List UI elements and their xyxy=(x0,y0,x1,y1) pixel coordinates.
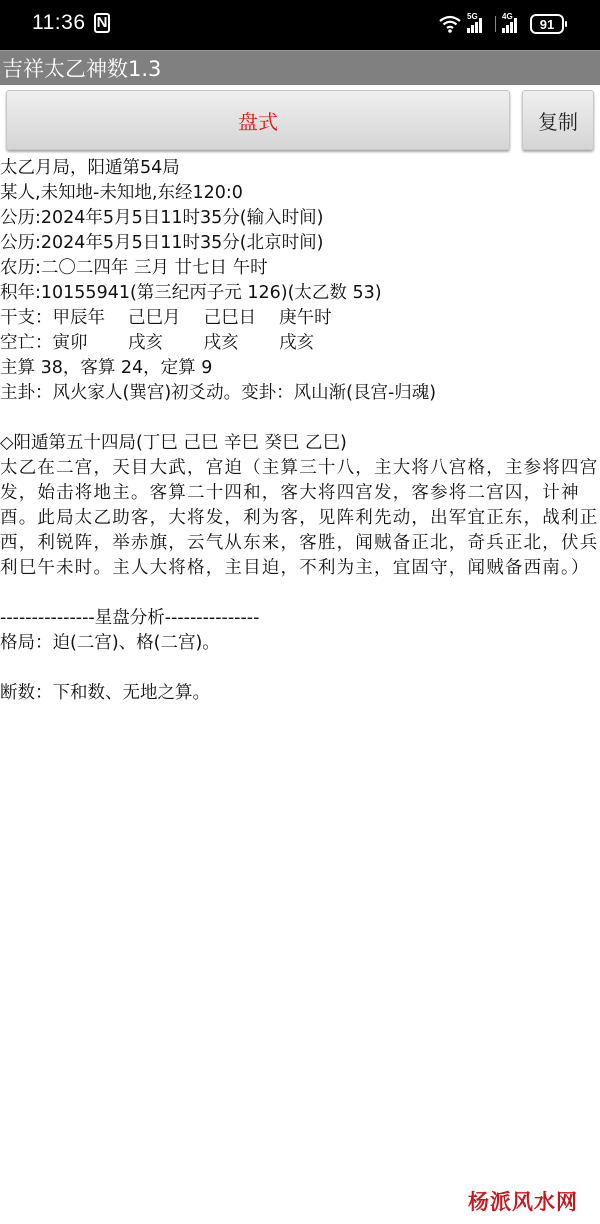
toolbar: 盘式 复制 xyxy=(0,85,600,157)
result-line: 空亡：寅卯 戌亥 戌亥 戌亥 xyxy=(0,331,600,356)
result-line: 积年:10155941(第三纪丙子元 126)(太乙数 53) xyxy=(0,281,600,306)
nfc-icon: N xyxy=(94,13,110,33)
geju-line: 格局：迫(二宫)、格(二宫)。 xyxy=(0,631,600,656)
battery-icon: 91 xyxy=(530,14,564,34)
result-text: 太乙月局，阳遁第54局 某人,未知地-未知地,东经120:0 公历:2024年5… xyxy=(0,156,600,706)
clock: 11:36 xyxy=(32,11,86,35)
copy-button[interactable]: 复制 xyxy=(522,90,594,150)
result-line: 太乙月局，阳遁第54局 xyxy=(0,156,600,181)
wifi-icon xyxy=(439,15,461,33)
result-line: 干支：甲辰年 己巳月 己巳日 庚午时 xyxy=(0,306,600,331)
watermark-logo: 杨派风水网 xyxy=(468,1186,578,1216)
pan-button[interactable]: 盘式 xyxy=(6,90,510,150)
divider xyxy=(495,16,496,32)
ju-description: 太乙在二宫，天目大武，宫迫（主算三十八，主大将八宫格，主参将四宫发，始击将地主。… xyxy=(0,456,600,581)
duanshu-line: 断数：下和数、无地之算。 xyxy=(0,681,600,706)
ju-title: ◇阳遁第五十四局(丁巳 己巳 辛巳 癸巳 乙巳) xyxy=(0,431,600,456)
result-line: 主算 38，客算 24，定算 9 xyxy=(0,356,600,381)
result-line: 公历:2024年5月5日11时35分(输入时间) xyxy=(0,206,600,231)
result-line: 农历:二〇二四年 三月 廿七日 午时 xyxy=(0,256,600,281)
result-line: 主卦：风火家人(巽宫)初爻动。变卦：风山渐(艮宫-归魂) xyxy=(0,381,600,406)
signal-4g-icon: 4G xyxy=(502,15,524,33)
app-title: 吉祥太乙神数1.3 xyxy=(0,50,600,85)
result-line: 某人,未知地-未知地,东经120:0 xyxy=(0,181,600,206)
section-header: ---------------星盘分析--------------- xyxy=(0,606,600,631)
signal-5g-icon: 5G xyxy=(467,15,489,33)
result-line: 公历:2024年5月5日11时35分(北京时间) xyxy=(0,231,600,256)
status-bar: 11:36 N 5G 4G 91 xyxy=(0,0,600,50)
